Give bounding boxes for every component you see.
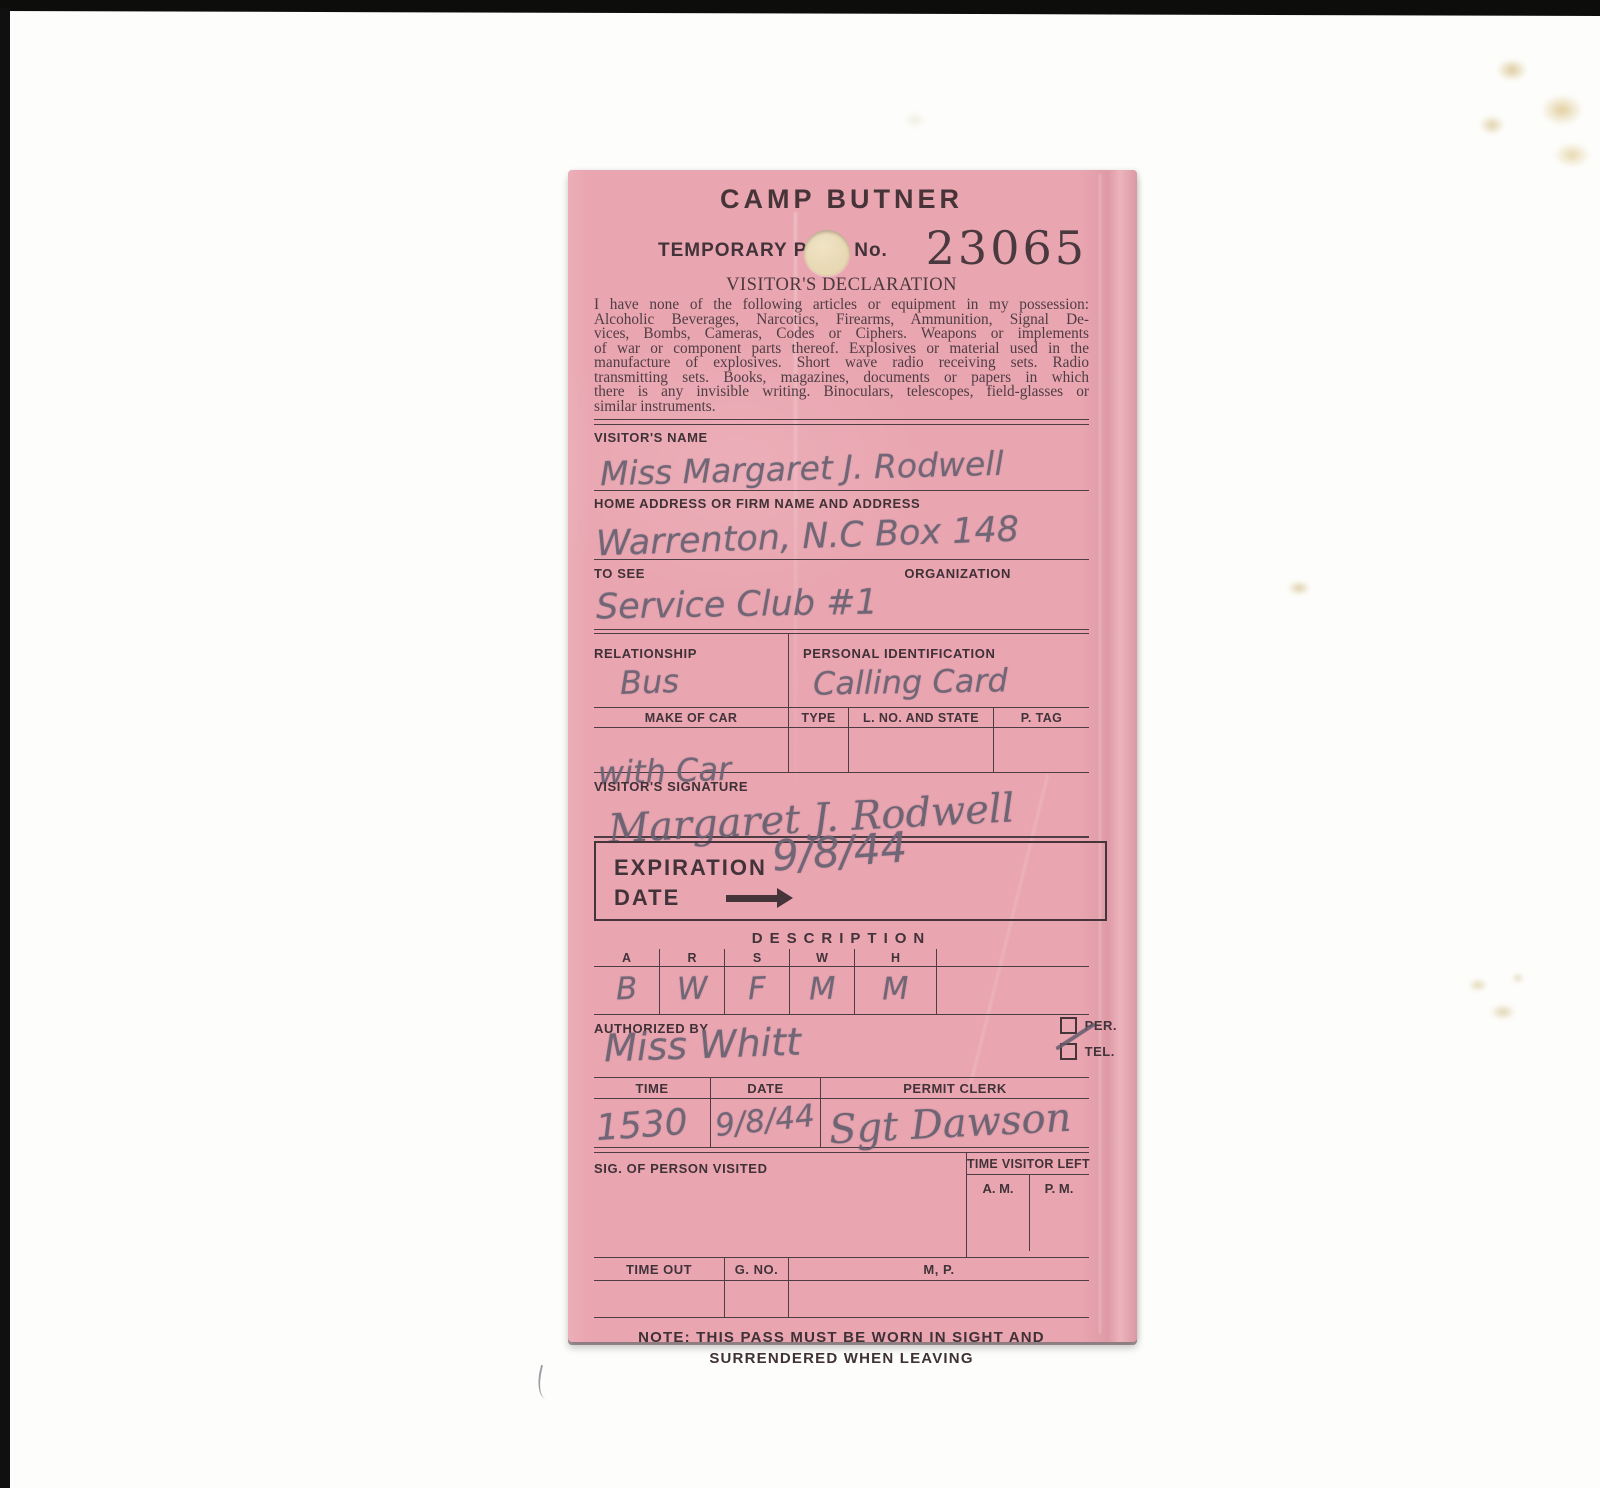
to-see-field: TO SEE ORGANIZATION Service Club #1 — [594, 566, 1089, 629]
personal-identification-label: PERSONAL IDENTIFICATION — [803, 640, 1089, 661]
tel-checkbox-row: TEL. — [1060, 1043, 1117, 1060]
per-checkbox — [1060, 1017, 1077, 1034]
pass-number-value: 23065 — [926, 225, 1089, 271]
description-col-value: F — [724, 967, 789, 1015]
date-value: 9/8/44 — [713, 1098, 816, 1144]
relationship-value: Bus — [619, 662, 679, 702]
note-text: NOTE: THIS PASS MUST BE WORN IN SIGHT AN… — [594, 1327, 1089, 1369]
scan-page: { "colors":{"card_pink":"#e9a5b0","ink":… — [0, 0, 1600, 1488]
description-col-value: M — [789, 967, 854, 1015]
pass-card: CAMP BUTNER TEMPORARY PASS No. 23065 VIS… — [568, 170, 1137, 1342]
time-out-cell — [594, 1281, 724, 1318]
stain-top-middle — [885, 95, 945, 145]
card-title: CAMP BUTNER — [594, 184, 1089, 215]
visitors-name-label: VISITOR'S NAME — [594, 430, 1089, 445]
description-col-header: A — [594, 949, 659, 967]
declaration-line: similar instruments. — [594, 400, 1089, 415]
hole-punch — [804, 230, 850, 276]
description-title: DESCRIPTION — [594, 930, 1089, 947]
declaration-title: VISITOR'S DECLARATION — [594, 275, 1089, 296]
tel-checkbox-label: TEL. — [1085, 1044, 1115, 1059]
description-handwritten-value: F — [747, 971, 766, 1008]
visitors-name-field: VISITOR'S NAME Miss Margaret J. Rodwell — [594, 430, 1089, 490]
checkbox-column: PER. TEL. — [1060, 1017, 1117, 1069]
permit-clerk-value: Sgt Dawson — [828, 1095, 1072, 1154]
description-col-value — [936, 967, 1089, 1015]
stain-right-lower — [1448, 950, 1538, 1050]
type-cell — [788, 728, 848, 773]
description-handwritten-value: M — [882, 971, 910, 1008]
personal-identification-cell: PERSONAL IDENTIFICATION Calling Card — [788, 634, 1089, 707]
description-col-value: B — [594, 967, 659, 1015]
home-address-value: Warrenton, N.C Box 148 — [595, 509, 1019, 564]
right-arrow-icon — [726, 895, 778, 902]
divider — [594, 419, 1089, 425]
time-out-table: TIME OUT G. NO. M, P. — [594, 1257, 1089, 1318]
to-see-value: Service Club #1 — [596, 582, 878, 627]
relationship-row: RELATIONSHIP Bus PERSONAL IDENTIFICATION… — [594, 634, 1089, 707]
personal-identification-value: Calling Card — [813, 661, 1008, 702]
expiration-box: EXPIRATION DATE 9/8/44 — [594, 841, 1107, 921]
time-out-label: TIME OUT — [594, 1258, 724, 1281]
home-address-field: HOME ADDRESS OR FIRM NAME AND ADDRESS Wa… — [594, 496, 1089, 559]
description-table: A R S W H B W F M M — [594, 949, 1089, 1015]
time-value: 1530 — [595, 1102, 689, 1149]
g-no-cell — [724, 1281, 788, 1318]
am-label: A. M. — [967, 1175, 1029, 1251]
m-p-label: M, P. — [788, 1258, 1089, 1281]
person-visited-section: SIG. OF PERSON VISITED TIME VISITOR LEFT… — [594, 1153, 1089, 1257]
license-cell — [848, 728, 993, 773]
p-tag-cell — [993, 728, 1089, 773]
time-cell: 1530 — [594, 1099, 710, 1147]
date-label: DATE — [710, 1078, 820, 1099]
description-col-header: H — [854, 949, 936, 967]
relationship-cell: RELATIONSHIP Bus — [594, 634, 788, 707]
description-col-header: W — [789, 949, 854, 967]
description-handwritten-value: W — [676, 970, 708, 1007]
expiration-date-label-row: DATE — [614, 885, 1105, 911]
date-cell: 9/8/44 — [710, 1099, 820, 1147]
p-tag-label: P. TAG — [993, 708, 1089, 728]
scan-border-left — [0, 8, 10, 1488]
time-label: TIME — [594, 1078, 710, 1099]
permit-clerk-cell: Sgt Dawson — [820, 1099, 1089, 1147]
home-address-label: HOME ADDRESS OR FIRM NAME AND ADDRESS — [594, 496, 1089, 511]
card-content: CAMP BUTNER TEMPORARY PASS No. 23065 VIS… — [594, 170, 1089, 1369]
note-line-1: NOTE: THIS PASS MUST BE WORN IN SIGHT AN… — [594, 1327, 1089, 1348]
expiration-date-label: DATE — [614, 885, 680, 911]
visitors-signature-label: VISITOR'S SIGNATURE — [594, 779, 1089, 794]
pencil-mark — [533, 1365, 554, 1399]
to-see-label: TO SEE — [594, 566, 645, 581]
relationship-label: RELATIONSHIP — [594, 640, 788, 661]
license-label: L. NO. AND STATE — [848, 708, 993, 728]
pm-label: P. M. — [1029, 1175, 1088, 1251]
time-date-clerk-table: TIME DATE PERMIT CLERK 1530 9/8/44 Sgt D… — [594, 1077, 1089, 1147]
sig-person-visited-label: SIG. OF PERSON VISITED — [594, 1161, 768, 1176]
m-p-cell — [788, 1281, 1089, 1318]
description-handwritten-value: B — [615, 971, 638, 1008]
card-crease — [1099, 174, 1101, 1334]
authorized-by-value: Miss Whitt — [603, 1020, 801, 1071]
description-col-value: M — [854, 967, 936, 1015]
visitors-name-value: Miss Margaret J. Rodwell — [600, 443, 1005, 493]
scan-border-top — [0, 0, 1600, 16]
make-of-car-cell: with Car — [594, 728, 788, 773]
time-visitor-left-box: TIME VISITOR LEFT A. M. P. M. — [966, 1153, 1089, 1257]
declaration-paragraph: I have none of the following articles or… — [594, 298, 1089, 414]
pass-number-label: TEMPORARY PASS No. — [658, 240, 888, 271]
am-pm-row: A. M. P. M. — [967, 1175, 1089, 1251]
time-visitor-left-label: TIME VISITOR LEFT — [967, 1153, 1089, 1175]
description-col-header — [936, 949, 1089, 967]
car-table: MAKE OF CAR TYPE L. NO. AND STATE P. TAG… — [594, 708, 1089, 773]
g-no-label: G. NO. — [724, 1258, 788, 1281]
organization-label: ORGANIZATION — [904, 566, 1011, 581]
stain-right-middle — [1275, 572, 1323, 606]
expiration-date-value: 9/8/44 — [770, 822, 908, 880]
description-col-header: S — [724, 949, 789, 967]
note-line-2: SURRENDERED WHEN LEAVING — [594, 1348, 1089, 1369]
sig-person-visited-cell: SIG. OF PERSON VISITED — [594, 1153, 966, 1257]
description-col-header: R — [659, 949, 724, 967]
description-handwritten-value: M — [808, 971, 836, 1008]
authorized-by-field: AUTHORIZED BY Miss Whitt PER. TEL. — [594, 1015, 1089, 1077]
description-col-value: W — [659, 967, 724, 1015]
stain-top-right — [1452, 40, 1600, 175]
type-label: TYPE — [788, 708, 848, 728]
make-of-car-label: MAKE OF CAR — [594, 708, 788, 728]
